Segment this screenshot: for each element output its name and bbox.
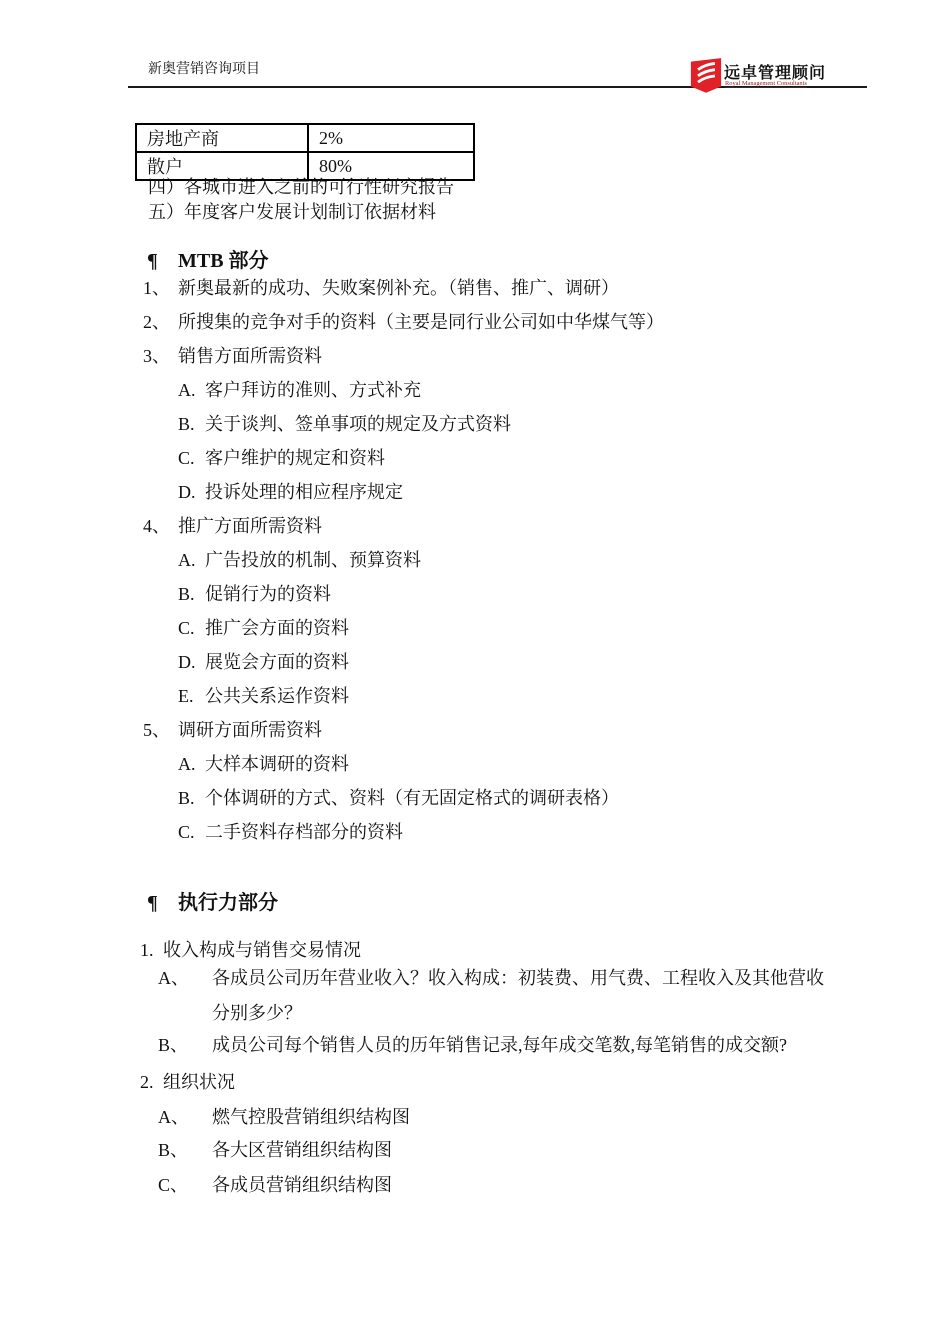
list-item: E.公共关系运作资料 (178, 683, 349, 709)
table-cell-value: 2% (308, 124, 474, 152)
list-text: 燃气控股营销组织结构图 (212, 1107, 410, 1127)
list-item: A.客户拜访的准则、方式补充 (178, 377, 421, 403)
list-text: 年度客户发展计划制订依据材料 (184, 202, 436, 222)
section-title: MTB 部分 (178, 250, 269, 272)
list-item: C.二手资料存档部分的资料 (178, 819, 403, 845)
customer-share-table: 房地产商 2% 散户 80% (135, 123, 475, 181)
list-item: 四）各城市进入之前的可行性研究报告 (148, 174, 454, 200)
list-text: 组织状况 (163, 1072, 235, 1092)
list-text: 分别多少？ (212, 1003, 302, 1023)
list-item: 4、推广方面所需资料 (143, 513, 322, 539)
list-text: 各大区营销组织结构图 (212, 1140, 392, 1160)
list-item: 1、新奥最新的成功、失败案例补充。（销售、推广、调研） (143, 275, 619, 301)
list-text: 客户维护的规定和资料 (205, 448, 385, 468)
list-text: 关于谈判、签单事项的规定及方式资料 (205, 414, 511, 434)
list-text: 收入构成与销售交易情况 (163, 940, 361, 960)
table-cell-label: 房地产商 (136, 124, 308, 152)
list-marker: D. (178, 649, 205, 675)
list-text: 展览会方面的资料 (205, 652, 349, 672)
list-text: 各成员公司历年营业收入？收入构成：初装费、用气费、工程收入及其他营收 (212, 968, 824, 988)
list-item: A.广告投放的机制、预算资料 (178, 547, 421, 573)
list-text: 广告投放的机制、预算资料 (205, 550, 421, 570)
list-marker: 3、 (143, 343, 178, 369)
list-marker: C、 (158, 1172, 212, 1198)
list-item: B.促销行为的资料 (178, 581, 331, 607)
list-marker: B. (178, 785, 205, 811)
list-text: 推广方面所需资料 (178, 516, 322, 536)
list-marker: E. (178, 683, 205, 709)
list-marker: D. (178, 479, 205, 505)
pilcrow-mark: ¶ (147, 888, 178, 918)
list-marker: A. (178, 751, 205, 777)
list-marker: B、 (158, 1032, 212, 1058)
list-text: 二手资料存档部分的资料 (205, 822, 403, 842)
list-marker: C. (178, 819, 205, 845)
list-marker: C. (178, 615, 205, 641)
list-text: 各成员营销组织结构图 (212, 1175, 392, 1195)
list-text: 促销行为的资料 (205, 584, 331, 604)
list-text: 推广会方面的资料 (205, 618, 349, 638)
list-marker: 五） (148, 199, 184, 225)
list-item: B.个体调研的方式、资料（有无固定格式的调研表格） (178, 785, 619, 811)
pilcrow-mark: ¶ (147, 246, 178, 276)
list-text: 个体调研的方式、资料（有无固定格式的调研表格） (205, 788, 619, 808)
list-item: C、各成员营销组织结构图 (158, 1172, 392, 1198)
list-item: 5、调研方面所需资料 (143, 717, 322, 743)
section-heading-mtb: ¶MTB 部分 (147, 246, 269, 276)
list-marker: A. (178, 377, 205, 403)
list-item: 3、销售方面所需资料 (143, 343, 322, 369)
list-item: A、燃气控股营销组织结构图 (158, 1104, 410, 1130)
list-marker: 2、 (143, 309, 178, 335)
list-marker: A. (178, 547, 205, 573)
document-header-title: 新奥营销咨询项目 (148, 60, 260, 80)
list-text: 公共关系运作资料 (205, 686, 349, 706)
list-marker: A、 (158, 965, 212, 991)
list-item: A.大样本调研的资料 (178, 751, 349, 777)
list-item: B、各大区营销组织结构图 (158, 1137, 392, 1163)
list-item: C.推广会方面的资料 (178, 615, 349, 641)
list-text: 成员公司每个销售人员的历年销售记录,每年成交笔数,每笔销售的成交额? (212, 1035, 787, 1055)
list-item: 五）年度客户发展计划制订依据材料 (148, 199, 436, 225)
list-text: 所搜集的竞争对手的资料（主要是同行业公司如中华煤气等） (178, 312, 664, 332)
list-text: 客户拜访的准则、方式补充 (205, 380, 421, 400)
list-text: 销售方面所需资料 (178, 346, 322, 366)
list-marker: 1. (140, 937, 163, 963)
logo-mark-icon (690, 56, 722, 94)
list-text: 新奥最新的成功、失败案例补充。（销售、推广、调研） (178, 278, 619, 298)
list-item: 2.组织状况 (140, 1069, 235, 1095)
list-item: 2、所搜集的竞争对手的资料（主要是同行业公司如中华煤气等） (143, 309, 664, 335)
list-marker: B、 (158, 1137, 212, 1163)
section-heading-execution: ¶执行力部分 (147, 888, 278, 918)
list-item: D.展览会方面的资料 (178, 649, 349, 675)
list-text: 各城市进入之前的可行性研究报告 (184, 177, 454, 197)
list-item: D.投诉处理的相应程序规定 (178, 479, 403, 505)
document-page: 新奥营销咨询项目 远卓管理顾问 Royal Management Consult… (0, 0, 950, 1344)
list-marker: B. (178, 411, 205, 437)
list-text: 大样本调研的资料 (205, 754, 349, 774)
list-text: 调研方面所需资料 (178, 720, 322, 740)
list-marker: 4、 (143, 513, 178, 539)
list-item: 1.收入构成与销售交易情况 (140, 937, 361, 963)
list-item-continuation: 分别多少？ (212, 1000, 302, 1026)
list-marker: 四） (148, 174, 184, 200)
list-item: C.客户维护的规定和资料 (178, 445, 385, 471)
logo-company-subtitle: Royal Management Consultants (725, 80, 807, 88)
list-marker: A、 (158, 1104, 212, 1130)
list-item: B.关于谈判、签单事项的规定及方式资料 (178, 411, 511, 437)
list-marker: 1、 (143, 275, 178, 301)
table-row: 房地产商 2% (136, 124, 474, 152)
list-item: A、各成员公司历年营业收入？收入构成：初装费、用气费、工程收入及其他营收 (158, 965, 824, 991)
section-title: 执行力部分 (178, 892, 278, 914)
list-marker: 5、 (143, 717, 178, 743)
list-marker: B. (178, 581, 205, 607)
list-marker: C. (178, 445, 205, 471)
list-text: 投诉处理的相应程序规定 (205, 482, 403, 502)
list-item: B、成员公司每个销售人员的历年销售记录,每年成交笔数,每笔销售的成交额? (158, 1032, 787, 1058)
list-marker: 2. (140, 1069, 163, 1095)
